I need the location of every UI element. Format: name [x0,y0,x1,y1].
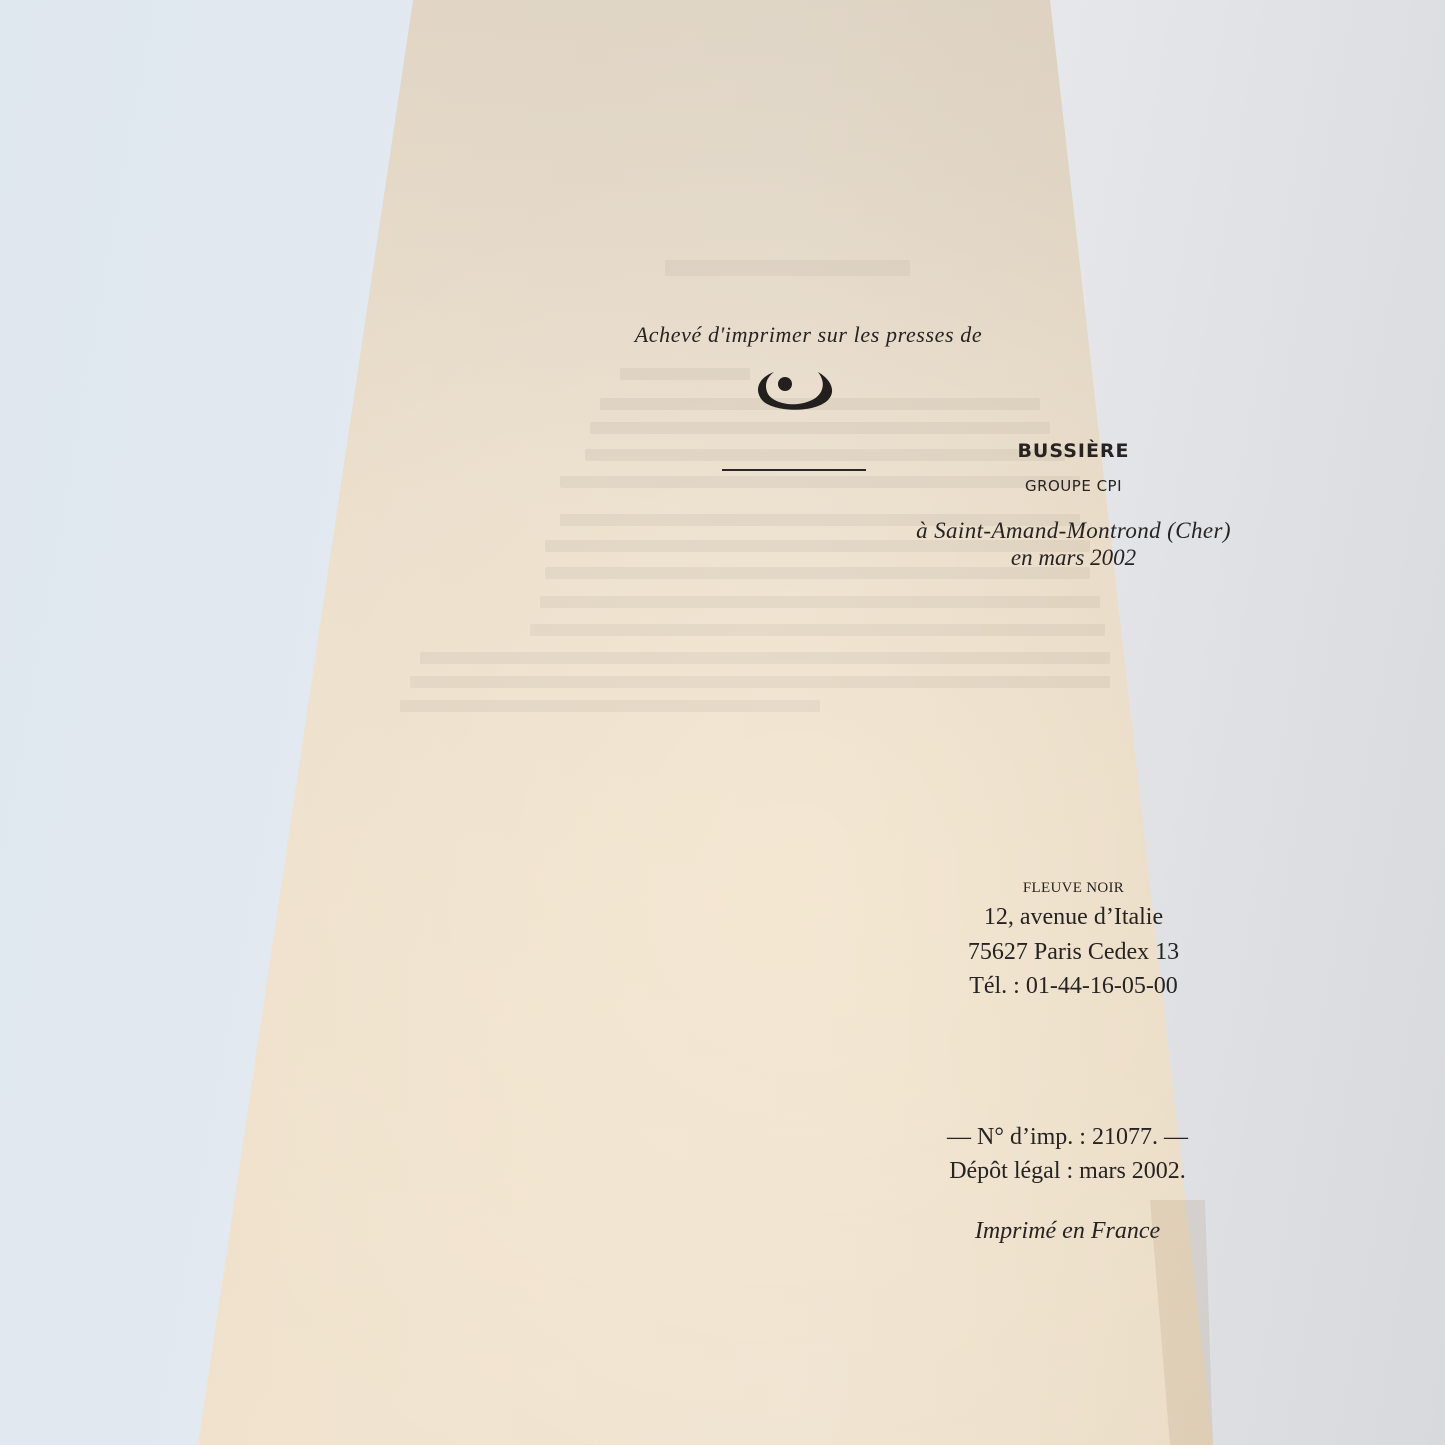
publisher-address-line2: 75627 Paris Cedex 13 [351,939,1445,966]
printer-name: BUSSIÈRE [351,440,1445,462]
publisher-name: FLEUVE NOIR [351,880,1445,897]
printer-name-rule [722,469,866,471]
publisher-phone: Tél. : 01-44-16-05-00 [351,973,1445,1000]
printed-in: Imprimé en France [345,1218,1445,1245]
publisher-address-line1: 12, avenue d’Italie [351,904,1445,931]
printer-location: à Saint-Amand-Montrond (Cher) [351,518,1445,544]
printed-by-intro-text: Achevé d'imprimer sur les presses de [86,322,1445,348]
print-number: — N° d’imp. : 21077. — [345,1124,1445,1151]
legal-deposit: Dépôt légal : mars 2002. [345,1158,1445,1185]
print-date: en mars 2002 [351,545,1445,571]
printer-group: GROUPE CPI [351,477,1445,495]
bussiere-logo-icon [752,368,836,412]
